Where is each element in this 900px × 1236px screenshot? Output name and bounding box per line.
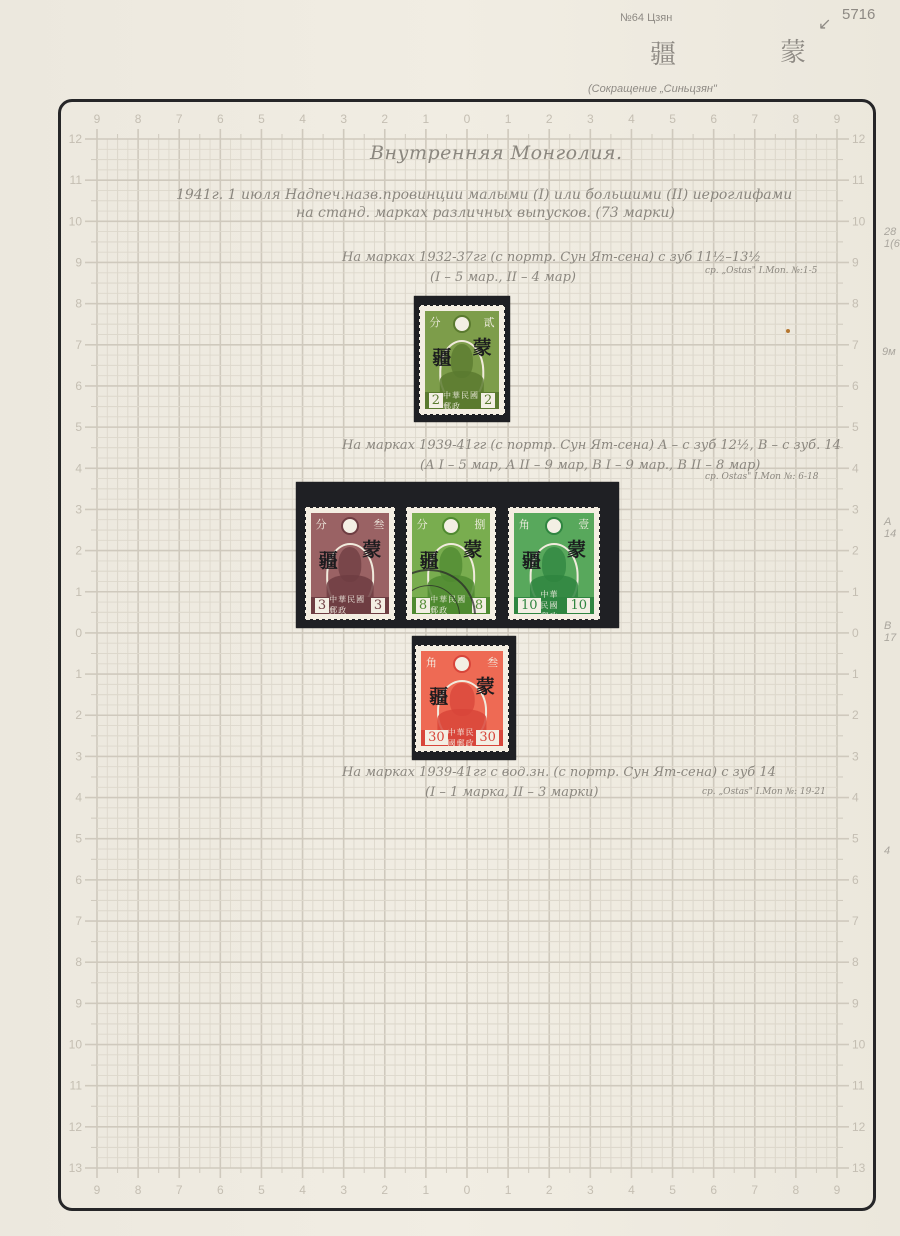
denomination-right: 10 bbox=[567, 598, 590, 613]
stamp-glyph-right: 叁 bbox=[487, 654, 498, 670]
denomination-left: 30 bbox=[425, 730, 448, 745]
page-title: Внутренняя Монголия. bbox=[370, 142, 623, 164]
stamp-design: 角 叁 疆 蒙 30 中華民國郵政 30 bbox=[421, 651, 503, 746]
stamp-8-green-used[interactable]: 分 捌 疆 蒙 8 中華民國郵政 8 bbox=[406, 507, 496, 620]
stamp-bottom-band: 3 中華民國郵政 3 bbox=[311, 597, 389, 614]
denomination-right: 2 bbox=[481, 393, 495, 408]
section-2-catalog-ref: cp. Ostas" I.Mon №: 6-18 bbox=[705, 472, 818, 482]
overprint-right: 蒙 bbox=[463, 535, 482, 562]
stamp-glyph-right: 壹 bbox=[578, 516, 589, 532]
section-3-catalog-ref: cp. „Ostas" I.Mon №: 19-21 bbox=[702, 787, 826, 797]
margin-note: 4 bbox=[884, 845, 890, 857]
stamp-glyph-right: 叁 bbox=[373, 516, 384, 532]
stamp-design: 分 貳 疆 蒙 2 中華民國郵政 2 bbox=[425, 311, 499, 409]
section-3-counts: (I – 1 марка, II – 3 марки) bbox=[425, 785, 599, 800]
overprint-left: 疆 bbox=[319, 546, 338, 573]
overprint-right: 蒙 bbox=[362, 535, 381, 562]
section-3-heading: На марках 1939-41гг с вод.зн. (с портр. … bbox=[342, 765, 776, 780]
stamp-design: 分 捌 疆 蒙 8 中華民國郵政 8 bbox=[412, 513, 490, 614]
stamp-10-green[interactable]: 角 壹 疆 蒙 10 中華民國郵政 10 bbox=[508, 507, 600, 620]
stamp-30-red[interactable]: 角 叁 疆 蒙 30 中華民國郵政 30 bbox=[415, 645, 509, 752]
ink-spot bbox=[786, 329, 790, 333]
margin-note: 9м bbox=[882, 346, 896, 358]
sun-emblem-icon bbox=[341, 517, 359, 535]
stamp-glyph-left: 角 bbox=[519, 516, 530, 532]
sun-emblem-icon bbox=[545, 517, 563, 535]
stamp-bottom-band: 10 中華民國郵政 10 bbox=[514, 597, 594, 614]
overprint-right: 蒙 bbox=[476, 672, 495, 699]
stamp-inscription: 中華民國郵政 bbox=[541, 589, 568, 614]
overprint-left: 疆 bbox=[429, 682, 448, 709]
overprint-left: 疆 bbox=[522, 546, 541, 573]
sun-emblem-icon bbox=[442, 517, 460, 535]
intro-line-1: 1941г. 1 июля Надпеч.назв.провинции малы… bbox=[176, 187, 792, 203]
overprint-right: 蒙 bbox=[567, 535, 586, 562]
stamp-glyph-left: 分 bbox=[417, 516, 428, 532]
section-1-counts: (I – 5 мар., II – 4 мар) bbox=[430, 270, 576, 285]
stamp-inscription: 中華民國郵政 bbox=[448, 727, 477, 746]
denomination-right: 30 bbox=[476, 730, 499, 745]
stamp-inscription: 中華民國郵政 bbox=[443, 390, 481, 409]
overprint-right: 蒙 bbox=[473, 333, 492, 360]
intro-line-2: на станд. марках различных выпусков. (73… bbox=[296, 205, 675, 221]
stamp-glyph-right: 貳 bbox=[484, 314, 495, 330]
stamp-bottom-band: 2 中華民國郵政 2 bbox=[425, 392, 499, 409]
sun-emblem-icon bbox=[453, 655, 471, 673]
stamp-glyph-right: 捌 bbox=[474, 516, 485, 532]
section-2-counts: (A I – 5 мар, A II – 9 мар, B I – 9 мар.… bbox=[420, 458, 760, 473]
stamp-inscription: 中華民國郵政 bbox=[329, 594, 371, 614]
overprint-left: 疆 bbox=[432, 343, 451, 370]
denomination-left: 3 bbox=[315, 598, 329, 613]
stamp-glyph-left: 分 bbox=[316, 516, 327, 532]
stamp-design: 分 叁 疆 蒙 3 中華民國郵政 3 bbox=[311, 513, 389, 614]
stamp-2-green[interactable]: 分 貳 疆 蒙 2 中華民國郵政 2 bbox=[419, 305, 505, 415]
stamp-bottom-band: 30 中華民國郵政 30 bbox=[421, 730, 503, 746]
margin-note: B 17 bbox=[884, 620, 896, 644]
margin-note: 28 1(6 bbox=[884, 226, 900, 250]
denomination-left: 10 bbox=[518, 598, 541, 613]
denomination-left: 2 bbox=[429, 393, 443, 408]
stamp-glyph-left: 分 bbox=[429, 314, 440, 330]
denomination-right: 3 bbox=[371, 598, 385, 613]
section-1-heading: На марках 1932-37гг (с портр. Сун Ят-сен… bbox=[342, 250, 761, 265]
stamp-design: 角 壹 疆 蒙 10 中華民國郵政 10 bbox=[514, 513, 594, 614]
sun-emblem-icon bbox=[453, 315, 471, 333]
section-2-heading: На марках 1939-41гг (с портр. Сун Ят-сен… bbox=[342, 438, 841, 453]
margin-note: A 14 bbox=[884, 516, 896, 540]
section-1-catalog-ref: cp. „Ostas" I.Mon. №:1-5 bbox=[705, 266, 817, 276]
stamp-glyph-left: 角 bbox=[426, 654, 437, 670]
stamp-3-brown[interactable]: 分 叁 疆 蒙 3 中華民國郵政 3 bbox=[305, 507, 395, 620]
